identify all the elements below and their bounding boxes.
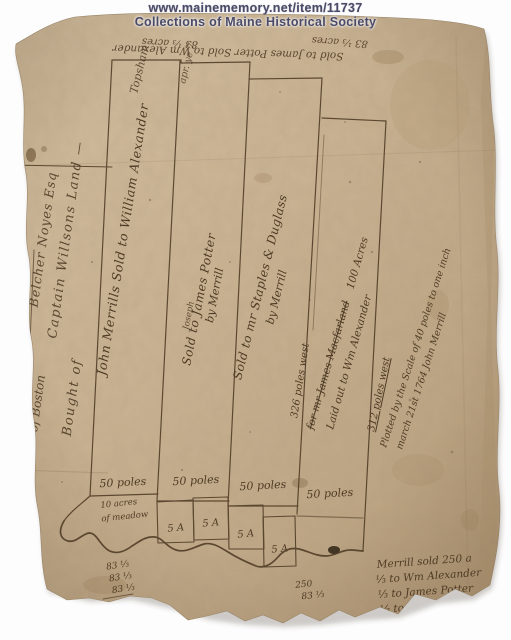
freckle xyxy=(181,469,183,471)
freckle xyxy=(344,121,346,123)
stain xyxy=(292,478,308,488)
acre-box-label: 5 A xyxy=(271,543,289,555)
header-collection-text: Collections of Maine Historical Society xyxy=(0,15,511,29)
freckle xyxy=(229,261,231,263)
freckle xyxy=(279,91,281,93)
freckle xyxy=(149,199,151,201)
freckle xyxy=(249,431,251,433)
strip3-width-label: 50 poles xyxy=(239,478,287,493)
freckle xyxy=(371,251,373,253)
stain xyxy=(254,173,272,183)
stain xyxy=(392,454,444,486)
total-acres-text: 250 xyxy=(294,579,313,591)
stain xyxy=(26,148,36,162)
acre-box-label: 5 A xyxy=(167,522,185,534)
freckle xyxy=(91,261,93,263)
strip2-width-label: 50 poles xyxy=(172,473,220,488)
stain xyxy=(372,50,404,64)
stain xyxy=(461,509,479,531)
strip4-width-label: 50 poles xyxy=(306,486,354,501)
acre-box-label: 5 A xyxy=(237,528,255,540)
acre-box-label: 5 A xyxy=(202,517,220,529)
freckle xyxy=(61,481,63,483)
freckle xyxy=(451,451,454,454)
freckle xyxy=(349,181,352,184)
header-url-text: www.mainememory.net/item/11737 xyxy=(0,1,511,15)
maine-memory-document-page: www.mainememory.net/item/11737 Collectio… xyxy=(0,0,511,640)
stain xyxy=(41,146,47,152)
survey-plan-image: John Merrills Sold to William Alexander … xyxy=(0,0,511,640)
stain xyxy=(390,60,470,150)
strip1-width-label: 50 poles xyxy=(99,475,147,490)
freckle xyxy=(419,161,421,163)
